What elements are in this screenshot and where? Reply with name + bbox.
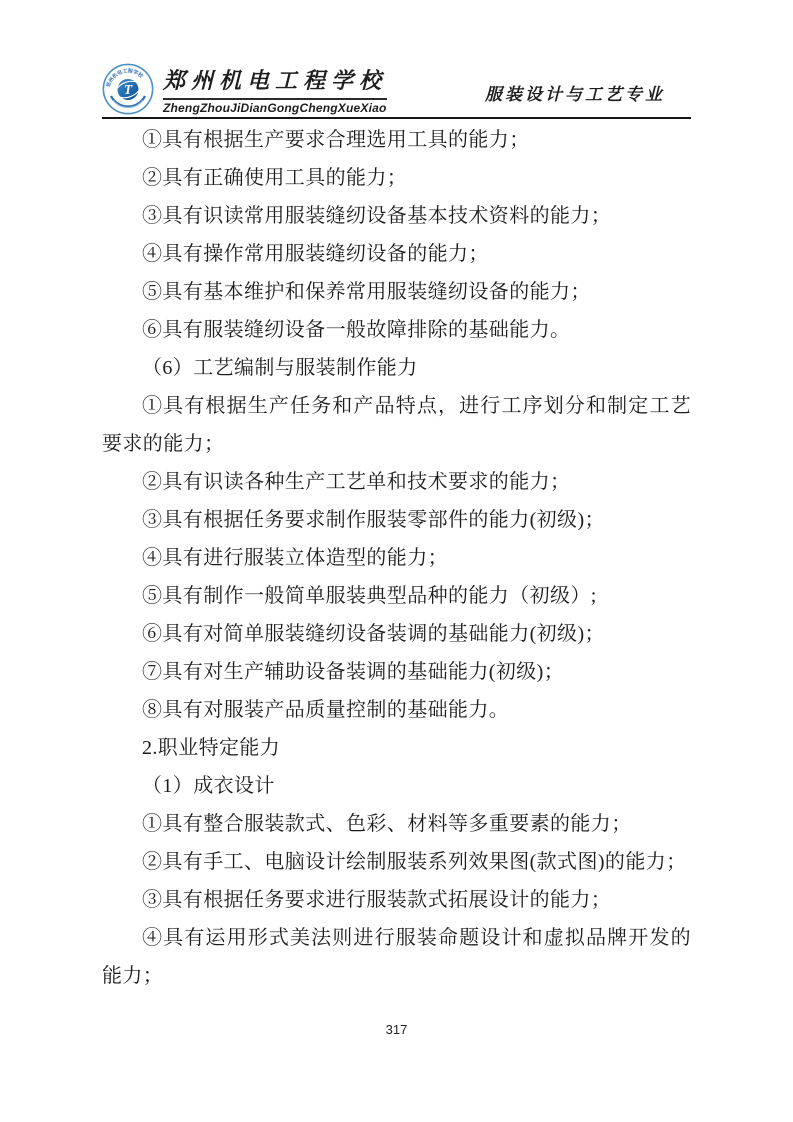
body-paragraph: （6）工艺编制与服装制作能力 [102,349,691,387]
body-paragraph: ①具有整合服装款式、色彩、材料等多重要素的能力； [102,805,691,843]
body-paragraph: ②具有手工、电脑设计绘制服装系列效果图(款式图)的能力； [102,843,691,881]
body-paragraph: ⑥具有对简单服装缝纫设备装调的基础能力(初级)； [102,615,691,653]
document-body: ①具有根据生产要求合理选用工具的能力；②具有正确使用工具的能力；③具有识读常用服… [102,121,691,995]
body-paragraph: ⑥具有服装缝纫设备一般故障排除的基础能力。 [102,311,691,349]
body-paragraph: ⑤具有基本维护和保养常用服装缝纫设备的能力； [102,273,691,311]
school-name-block: 郑州机电工程学校 ZhengZhouJiDianGongChengXueXiao [163,64,387,115]
body-paragraph: 2.职业特定能力 [102,729,691,767]
body-paragraph: ⑧具有对服装产品质量控制的基础能力。 [102,691,691,729]
body-paragraph: ③具有根据任务要求进行服装款式拓展设计的能力； [102,881,691,919]
body-paragraph: ③具有识读常用服装缝纫设备基本技术资料的能力； [102,197,691,235]
svg-text:T: T [124,82,133,97]
body-paragraph: ③具有根据任务要求制作服装零部件的能力(初级)； [102,501,691,539]
body-paragraph: ①具有根据生产任务和产品特点，进行工序划分和制定工艺要求的能力； [102,387,691,463]
school-pinyin: ZhengZhouJiDianGongChengXueXiao [163,101,387,115]
page-header: 郑州机电工程学校 T 郑州机电工程学校 ZhengZhouJiDianGongC… [102,58,691,119]
school-emblem-icon: 郑州机电工程学校 T [102,63,154,115]
body-paragraph: ⑤具有制作一般简单服装典型品种的能力（初级）; [102,577,691,615]
program-title: 服装设计与工艺专业 [485,80,691,117]
body-paragraph: ④具有运用形式美法则进行服装命题设计和虚拟品牌开发的能力； [102,919,691,995]
page-footer: 317 [0,1021,793,1039]
school-name: 郑州机电工程学校 [163,64,387,100]
school-brand: 郑州机电工程学校 T 郑州机电工程学校 ZhengZhouJiDianGongC… [102,63,387,117]
body-paragraph: ④具有操作常用服装缝纫设备的能力； [102,235,691,273]
body-paragraph: ①具有根据生产要求合理选用工具的能力； [102,121,691,159]
document-page: 郑州机电工程学校 T 郑州机电工程学校 ZhengZhouJiDianGongC… [0,0,793,1122]
body-paragraph: （1）成衣设计 [102,767,691,805]
body-paragraph: ④具有进行服装立体造型的能力； [102,539,691,577]
body-paragraph: ⑦具有对生产辅助设备装调的基础能力(初级)； [102,653,691,691]
page-number: 317 [386,1022,408,1037]
body-paragraph: ②具有识读各种生产工艺单和技术要求的能力； [102,463,691,501]
body-paragraph: ②具有正确使用工具的能力； [102,159,691,197]
